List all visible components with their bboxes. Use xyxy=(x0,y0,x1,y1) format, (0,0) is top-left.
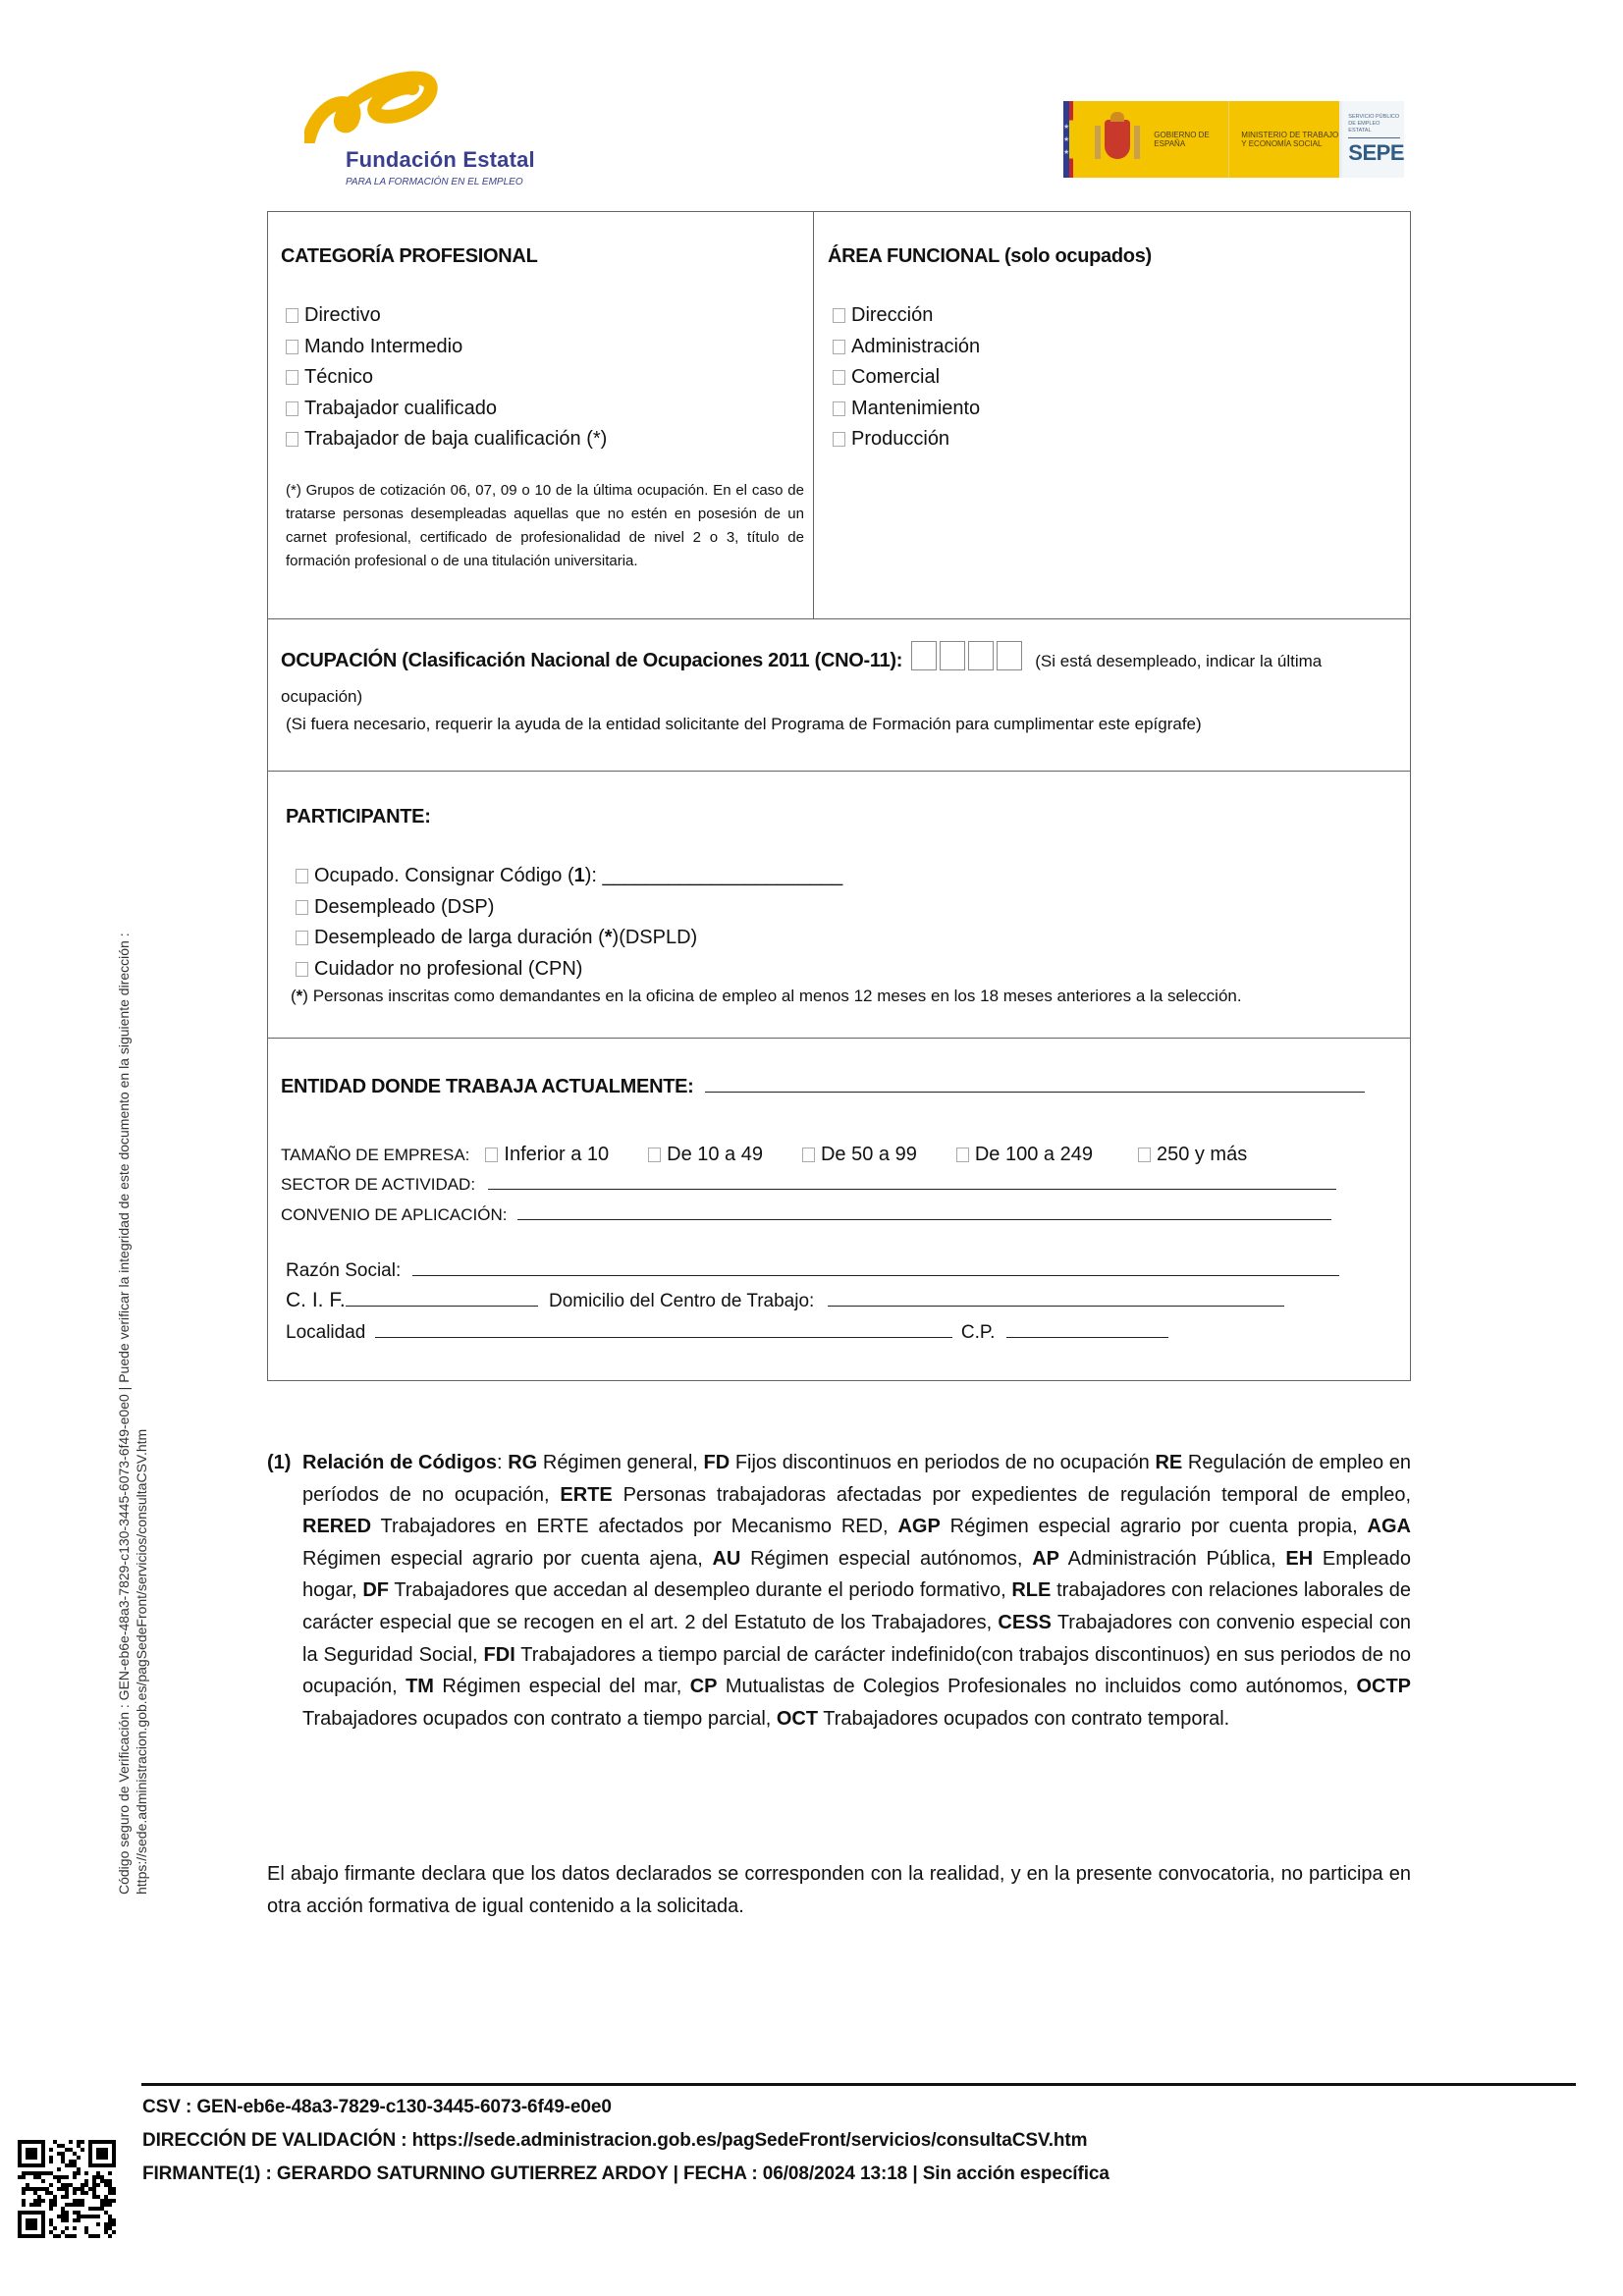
checkbox-icon[interactable] xyxy=(833,401,845,416)
participante-option[interactable]: Desempleado de larga duración (*)(DSPLD) xyxy=(296,923,842,954)
coat-of-arms-icon xyxy=(1095,112,1140,167)
ocupacion-hint: (Si está desempleado, indicar la última xyxy=(1035,652,1322,670)
checkbox-icon[interactable] xyxy=(833,340,845,354)
participante-note: (*) Personas inscritas como demandantes … xyxy=(291,987,1242,1006)
area-option[interactable]: Comercial xyxy=(833,362,980,394)
tamano-label: TAMAÑO DE EMPRESA: xyxy=(281,1146,469,1165)
area-option[interactable]: Producción xyxy=(833,424,980,455)
cif-field[interactable] xyxy=(346,1288,538,1307)
footer-csv: CSV : GEN-eb6e-48a3-7829-c130-3445-6073-… xyxy=(142,2097,612,2118)
entidad-field[interactable] xyxy=(705,1074,1365,1093)
sector-field[interactable] xyxy=(488,1171,1336,1190)
cno-code-input[interactable] xyxy=(908,650,1022,671)
codigos-text: Relación de Códigos: RG Régimen general,… xyxy=(302,1447,1411,1735)
checkbox-icon[interactable] xyxy=(956,1148,969,1162)
checkbox-icon[interactable] xyxy=(296,900,308,915)
checkbox-icon[interactable] xyxy=(485,1148,498,1162)
checkbox-icon[interactable] xyxy=(286,308,298,323)
categoria-option[interactable]: Directivo xyxy=(286,300,607,332)
side-verification-text: Código seguro de Verificación : GEN-eb6e… xyxy=(115,933,150,1895)
area-options: DirecciónAdministraciónComercialMantenim… xyxy=(833,300,980,455)
tamano-option-label: Inferior a 10 xyxy=(504,1140,609,1171)
cp-field[interactable] xyxy=(1006,1319,1168,1338)
gobierno-label: GOBIERNO DE ESPAÑA xyxy=(1154,131,1222,148)
tamano-option-label: De 100 a 249 xyxy=(975,1140,1093,1171)
checkbox-icon[interactable] xyxy=(648,1148,661,1162)
cno-digit-box[interactable] xyxy=(997,641,1022,670)
tamano-option[interactable]: De 100 a 249 xyxy=(956,1140,1093,1171)
participante-option[interactable]: Ocupado. Consignar Código (1): _________… xyxy=(296,861,842,892)
checkbox-icon[interactable] xyxy=(296,869,308,883)
area-option-label: Comercial xyxy=(851,362,940,394)
categoria-options: DirectivoMando IntermedioTécnicoTrabajad… xyxy=(286,300,607,455)
participante-title: PARTICIPANTE: xyxy=(286,806,431,828)
checkbox-icon[interactable] xyxy=(833,308,845,323)
convenio-row: CONVENIO DE APLICACIÓN: xyxy=(281,1201,1331,1225)
tamano-option-label: 250 y más xyxy=(1157,1140,1247,1171)
footer-validation-url[interactable]: DIRECCIÓN DE VALIDACIÓN : https://sede.a… xyxy=(142,2130,1087,2152)
categoria-option-label: Directivo xyxy=(304,300,381,332)
cno-digit-box[interactable] xyxy=(968,641,994,670)
qr-code-icon xyxy=(18,2140,116,2238)
declaracion-text: El abajo firmante declara que los datos … xyxy=(267,1858,1411,1923)
cno-digit-box[interactable] xyxy=(940,641,965,670)
categoria-option[interactable]: Técnico xyxy=(286,362,607,394)
razon-row: Razón Social: xyxy=(286,1257,1339,1282)
area-title: ÁREA FUNCIONAL (solo ocupados) xyxy=(828,245,1152,268)
tamano-option[interactable]: De 50 a 99 xyxy=(802,1140,917,1171)
footer-divider xyxy=(141,2083,1576,2086)
categoria-option-label: Trabajador cualificado xyxy=(304,394,497,425)
fundae-logo: Fundación Estatal PARA LA FORMACIÓN EN E… xyxy=(304,65,550,192)
area-option-label: Administración xyxy=(851,332,980,363)
checkbox-icon[interactable] xyxy=(296,931,308,945)
checkbox-icon[interactable] xyxy=(1138,1148,1151,1162)
ocupacion-row: OCUPACIÓN (Clasificación Nacional de Ocu… xyxy=(281,641,1322,672)
checkbox-icon[interactable] xyxy=(286,432,298,447)
checkbox-icon[interactable] xyxy=(833,370,845,385)
fundae-subtitle: PARA LA FORMACIÓN EN EL EMPLEO xyxy=(346,177,523,187)
checkbox-icon[interactable] xyxy=(286,340,298,354)
razon-field[interactable] xyxy=(412,1257,1339,1276)
entidad-title: ENTIDAD DONDE TRABAJA ACTUALMENTE: xyxy=(281,1076,694,1097)
participante-option-label: Desempleado (DSP) xyxy=(314,892,494,924)
tamano-option[interactable]: De 10 a 49 xyxy=(648,1140,763,1171)
tamano-option-label: De 10 a 49 xyxy=(667,1140,763,1171)
ocupacion-title: OCUPACIÓN (Clasificación Nacional de Ocu… xyxy=(281,650,902,671)
sepe-logo: SERVICIO PÚBLICO DE EMPLEO ESTATAL SEPE xyxy=(1339,101,1404,178)
localidad-row: Localidad C.P. xyxy=(286,1319,1168,1344)
categoria-note: (*) Grupos de cotización 06, 07, 09 o 10… xyxy=(286,479,804,573)
fundae-infinity-icon xyxy=(304,65,442,143)
tamano-option-label: De 50 a 99 xyxy=(821,1140,917,1171)
domicilio-field[interactable] xyxy=(828,1288,1284,1307)
participante-option-label: Cuidador no profesional (CPN) xyxy=(314,954,582,986)
codigos-label: (1) xyxy=(267,1447,291,1479)
checkbox-icon[interactable] xyxy=(296,962,308,977)
government-logo: ★★★ GOBIERNO DE ESPAÑA MINISTERIO DE TRA… xyxy=(1063,101,1404,178)
checkbox-icon[interactable] xyxy=(286,370,298,385)
participante-option[interactable]: Desempleado (DSP) xyxy=(296,892,842,924)
area-option-label: Mantenimiento xyxy=(851,394,980,425)
localidad-field[interactable] xyxy=(375,1319,952,1338)
tamano-option[interactable]: Inferior a 10 xyxy=(485,1140,609,1171)
checkbox-icon[interactable] xyxy=(802,1148,815,1162)
convenio-label: CONVENIO DE APLICACIÓN: xyxy=(281,1205,508,1224)
sector-label: SECTOR DE ACTIVIDAD: xyxy=(281,1175,475,1194)
checkbox-icon[interactable] xyxy=(286,401,298,416)
categoria-option[interactable]: Trabajador de baja cualificación (*) xyxy=(286,424,607,455)
participante-options: Ocupado. Consignar Código (1): _________… xyxy=(296,861,842,985)
cno-digit-box[interactable] xyxy=(911,641,937,670)
cif-row: C. I. F. Domicilio del Centro de Trabajo… xyxy=(286,1288,1284,1312)
convenio-field[interactable] xyxy=(517,1201,1331,1220)
categoria-option-label: Técnico xyxy=(304,362,373,394)
area-option[interactable]: Dirección xyxy=(833,300,980,332)
checkbox-icon[interactable] xyxy=(833,432,845,447)
footer-signer: FIRMANTE(1) : GERARDO SATURNINO GUTIERRE… xyxy=(142,2163,1109,2185)
area-option[interactable]: Administración xyxy=(833,332,980,363)
participante-option-label: Ocupado. Consignar Código (1): _________… xyxy=(314,861,842,892)
categoria-option[interactable]: Trabajador cualificado xyxy=(286,394,607,425)
cp-label: C.P. xyxy=(961,1322,996,1343)
area-option-label: Dirección xyxy=(851,300,933,332)
participante-option-label: Desempleado de larga duración (*)(DSPLD) xyxy=(314,923,697,954)
sector-row: SECTOR DE ACTIVIDAD: xyxy=(281,1171,1336,1195)
ocupacion-help: (Si fuera necesario, requerir la ayuda d… xyxy=(286,715,1202,734)
participante-option[interactable]: Cuidador no profesional (CPN) xyxy=(296,954,842,986)
fundae-title: Fundación Estatal xyxy=(346,147,535,173)
tamano-row: TAMAÑO DE EMPRESA: Inferior a 10De 10 a … xyxy=(281,1140,1247,1171)
tamano-option[interactable]: 250 y más xyxy=(1138,1140,1247,1171)
area-option-label: Producción xyxy=(851,424,949,455)
razon-label: Razón Social: xyxy=(286,1260,401,1281)
ocupacion-hint-cont: ocupación) xyxy=(281,687,362,707)
categoria-option[interactable]: Mando Intermedio xyxy=(286,332,607,363)
categoria-option-label: Mando Intermedio xyxy=(304,332,462,363)
entidad-row: ENTIDAD DONDE TRABAJA ACTUALMENTE: xyxy=(281,1074,1365,1098)
localidad-label: Localidad xyxy=(286,1322,365,1343)
ministerio-label: MINISTERIO DE TRABAJO Y ECONOMÍA SOCIAL xyxy=(1241,131,1339,148)
categoria-option-label: Trabajador de baja cualificación (*) xyxy=(304,424,607,455)
codigos-legend: (1) Relación de Códigos: RG Régimen gene… xyxy=(267,1447,1411,1735)
categoria-title: CATEGORÍA PROFESIONAL xyxy=(281,245,537,268)
form-table: CATEGORÍA PROFESIONAL DirectivoMando Int… xyxy=(267,211,1411,1381)
area-option[interactable]: Mantenimiento xyxy=(833,394,980,425)
domicilio-label: Domicilio del Centro de Trabajo: xyxy=(549,1291,814,1311)
cif-label: C. I. F. xyxy=(286,1289,346,1311)
